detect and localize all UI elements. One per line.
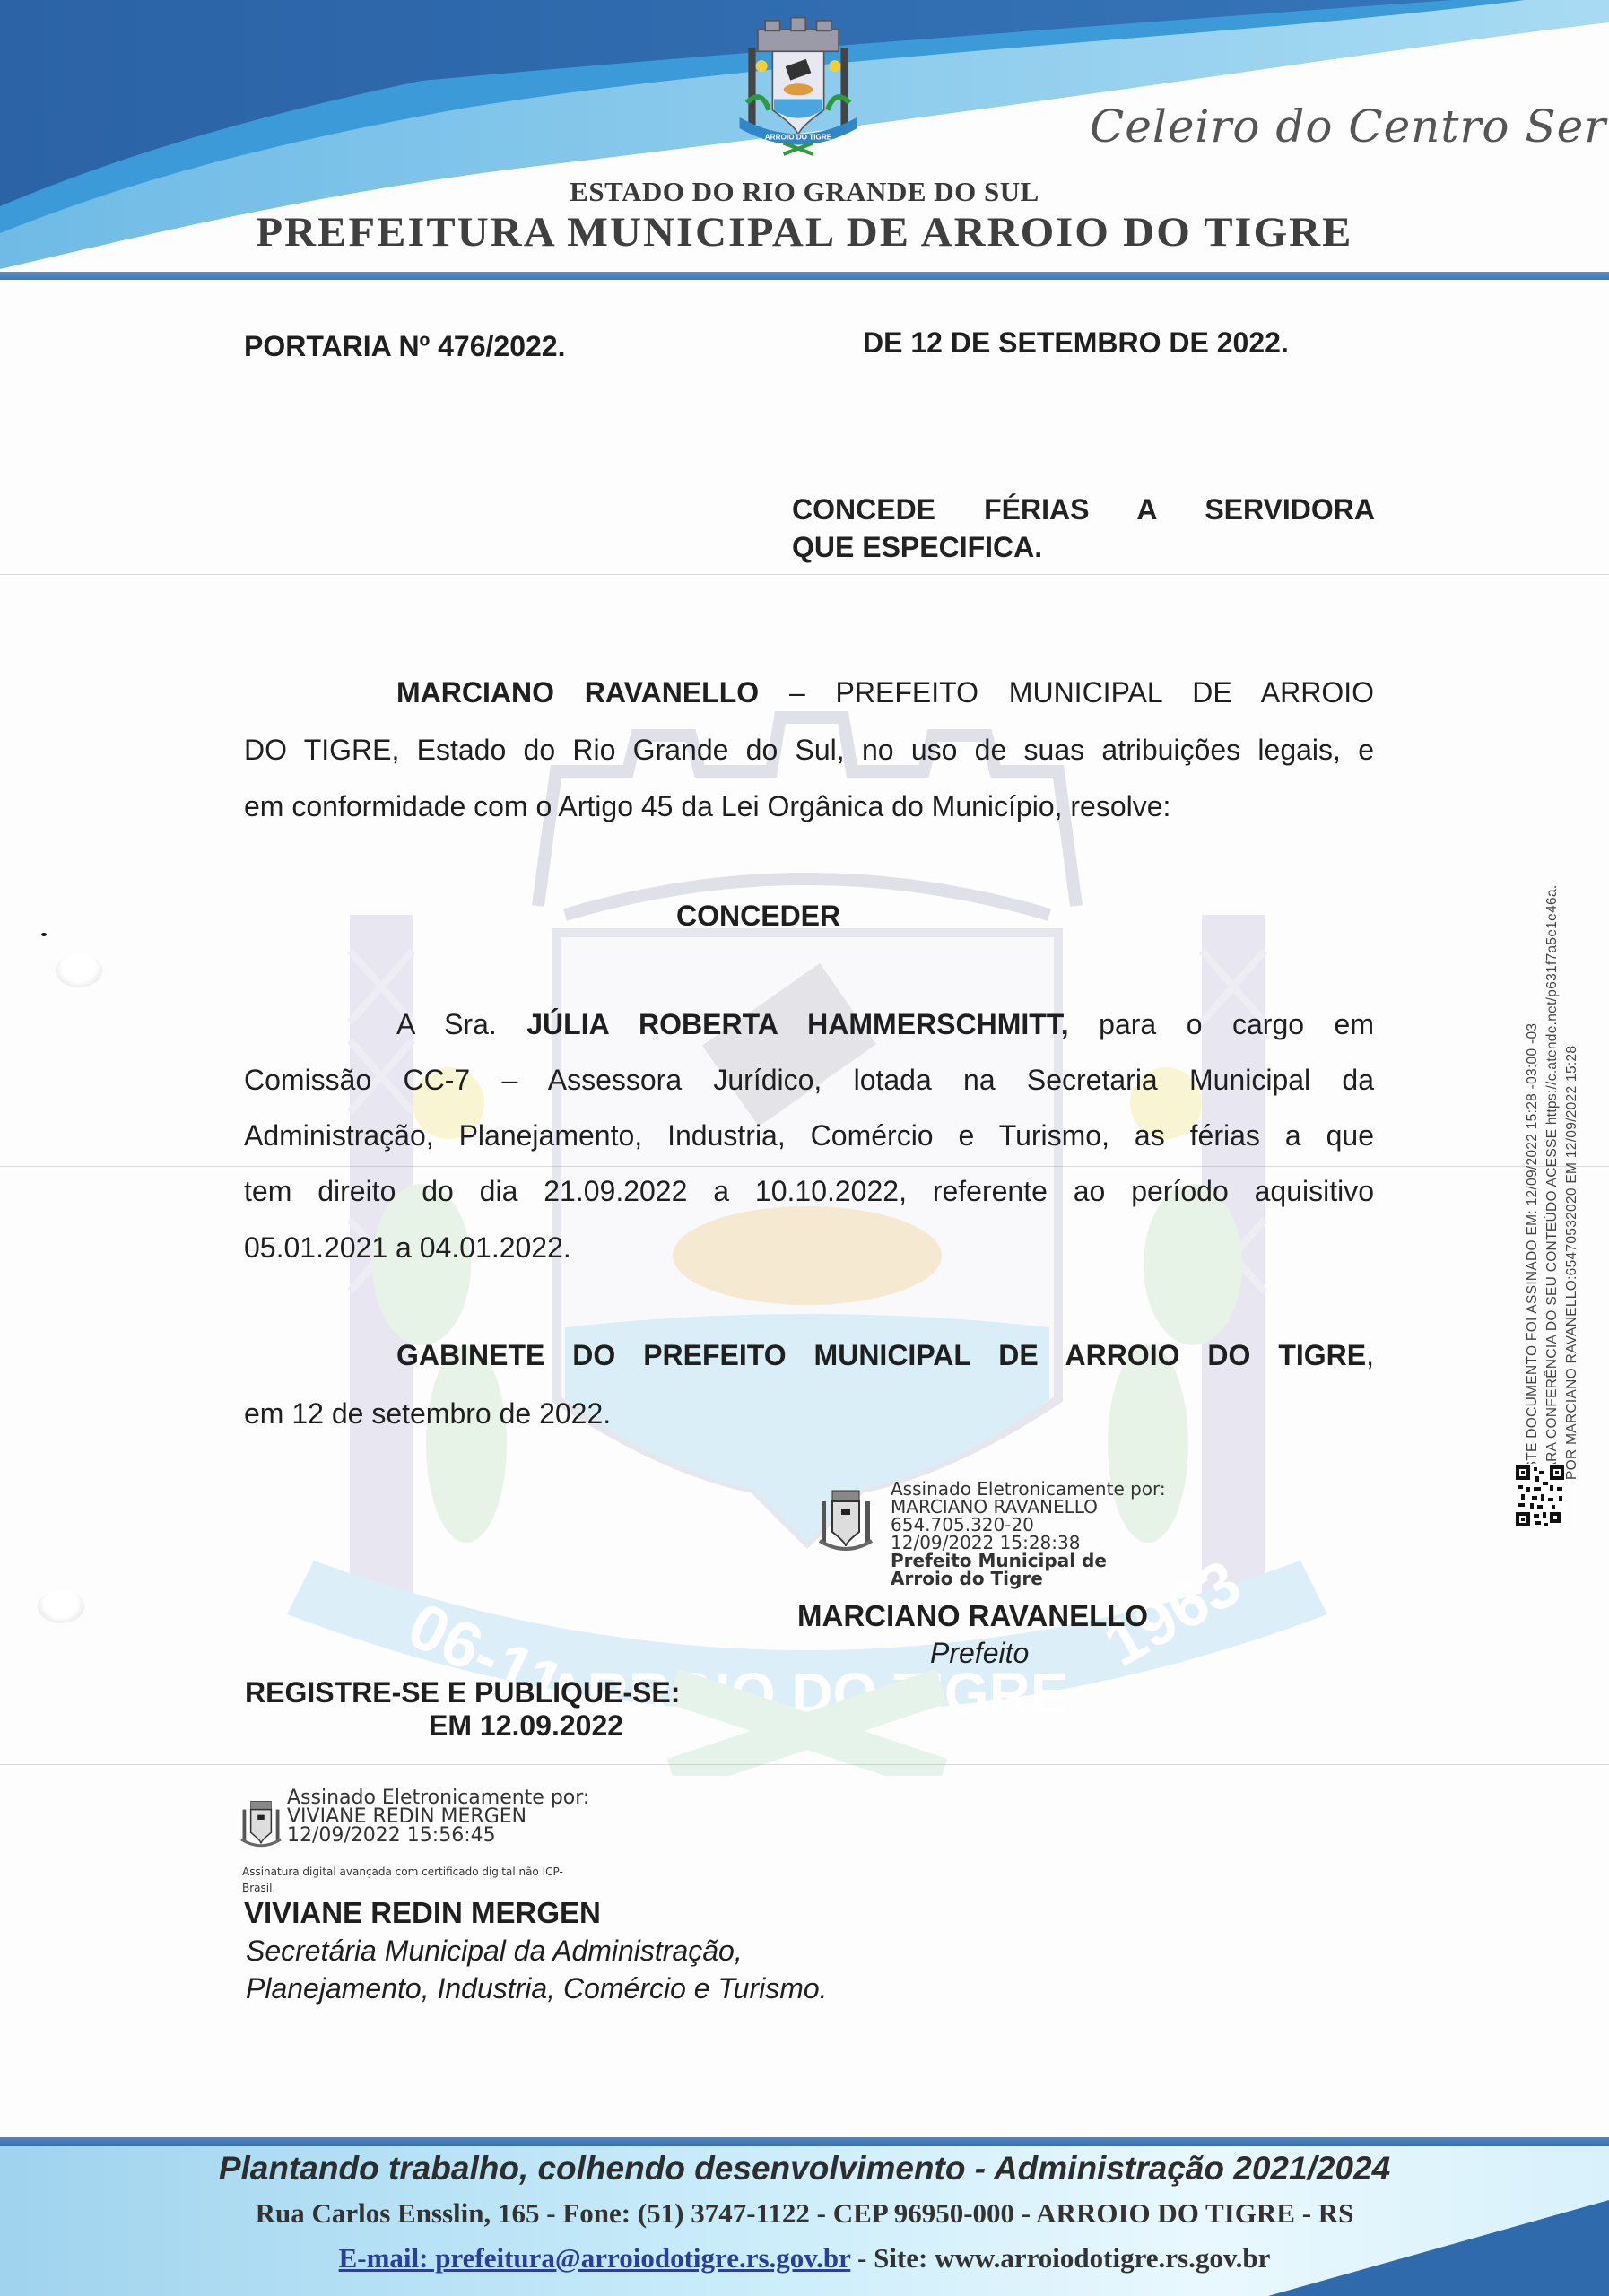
scan-speck	[41, 933, 47, 936]
state-name: ESTADO DO RIO GRANDE DO SUL	[0, 176, 1609, 208]
scan-artifact-line	[0, 1166, 1609, 1167]
mayor-name-inline: MARCIANO RAVANELLO	[396, 676, 759, 709]
header-divider	[0, 272, 1609, 280]
body-line: tem direito do dia 21.09.2022 a 10.10.20…	[244, 1175, 1374, 1208]
secretary-title: Secretária Municipal da Administração,	[246, 1935, 743, 1968]
qr-code-icon[interactable]	[1514, 1464, 1566, 1528]
prefeitura-title: PREFEITURA MUNICIPAL DE ARROIO DO TIGRE	[0, 208, 1609, 257]
footer-slogan: Plantando trabalho, colhendo desenvolvim…	[0, 2150, 1609, 2187]
email-link[interactable]: E-mail: prefeitura@arroiodotigre.rs.gov.…	[339, 2242, 851, 2274]
body-line: Administração, Planejamento, Industria, …	[244, 1119, 1374, 1152]
portaria-number: PORTARIA Nº 476/2022.	[244, 330, 565, 363]
ementa-line: QUE ESPECIFICA.	[792, 528, 1375, 566]
body-line: Comissão CC-7 – Assessora Jurídico, lota…	[244, 1064, 1374, 1097]
closing-line: GABINETE DO PREFEITO MUNICIPAL DE ARROIO…	[244, 1339, 1374, 1372]
secretary-signature-name: VIVIANE REDIN MERGEN	[244, 1896, 601, 1930]
closing-date: em 12 de setembro de 2022.	[244, 1397, 1374, 1431]
scan-artifact-line	[0, 574, 1609, 575]
preamble-line: DO TIGRE, Estado do Rio Grande do Sul, n…	[244, 734, 1374, 767]
register-publish: REGISTRE-SE E PUBLIQUE-SE:	[245, 1676, 680, 1709]
svg-text:ARROIO DO TIGRE: ARROIO DO TIGRE	[765, 133, 832, 141]
mayor-signature-name: MARCIANO RAVANELLO	[797, 1599, 1148, 1633]
register-date: EM 12.09.2022	[429, 1709, 623, 1743]
footer-address: Rua Carlos Ensslin, 165 - Fone: (51) 374…	[0, 2197, 1609, 2230]
servant-name: JÚLIA ROBERTA HAMMERSCHMITT,	[526, 1008, 1068, 1040]
body-line: 05.01.2021 a 04.01.2022.	[244, 1231, 1374, 1265]
digital-signature-certificate: ESTE DOCUMENTO FOI ASSINADO EM: 12/09/20…	[1523, 885, 1582, 1480]
body-line: A Sra. JÚLIA ROBERTA HAMMERSCHMITT, para…	[244, 1008, 1374, 1041]
secretary-title: Planejamento, Industria, Comércio e Turi…	[246, 1972, 828, 2005]
ementa-line: CONCEDE FÉRIAS A SERVIDORA	[792, 491, 1375, 528]
secretary-signature-stamp: Assinado Eletronicamente por: VIVIANE RE…	[287, 1788, 589, 1845]
scan-artifact-line	[0, 1764, 1609, 1765]
action-heading: CONCEDER	[676, 900, 840, 933]
ementa: CONCEDE FÉRIAS A SERVIDORA QUE ESPECIFIC…	[792, 491, 1375, 566]
stamp-crest-icon	[816, 1487, 875, 1557]
portaria-date: DE 12 DE SETEMBRO DE 2022.	[863, 326, 1289, 360]
punch-hole	[38, 1589, 84, 1623]
preamble-line: MARCIANO RAVANELLO – PREFEITO MUNICIPAL …	[244, 676, 1374, 709]
municipal-motto: Celeiro do Centro Serra	[1090, 100, 1574, 152]
site-text: - Site: www.arroiodotigre.rs.gov.br	[850, 2242, 1270, 2274]
mayor-signature-stamp: Assinado Eletronicamente por: MARCIANO R…	[891, 1480, 1166, 1587]
footer-contact: E-mail: prefeitura@arroiodotigre.rs.gov.…	[0, 2242, 1609, 2274]
mayor-signature-title: Prefeito	[930, 1637, 1029, 1670]
footer-divider	[0, 2137, 1609, 2146]
punch-hole	[56, 953, 102, 987]
certificate-note: Assinatura digital avançada com certific…	[242, 1864, 563, 1896]
stamp-crest-icon	[239, 1794, 283, 1857]
municipal-crest-logo: ARROIO DO TIGRE	[718, 0, 879, 161]
preamble-line: em conformidade com o Artigo 45 da Lei O…	[244, 790, 1374, 823]
